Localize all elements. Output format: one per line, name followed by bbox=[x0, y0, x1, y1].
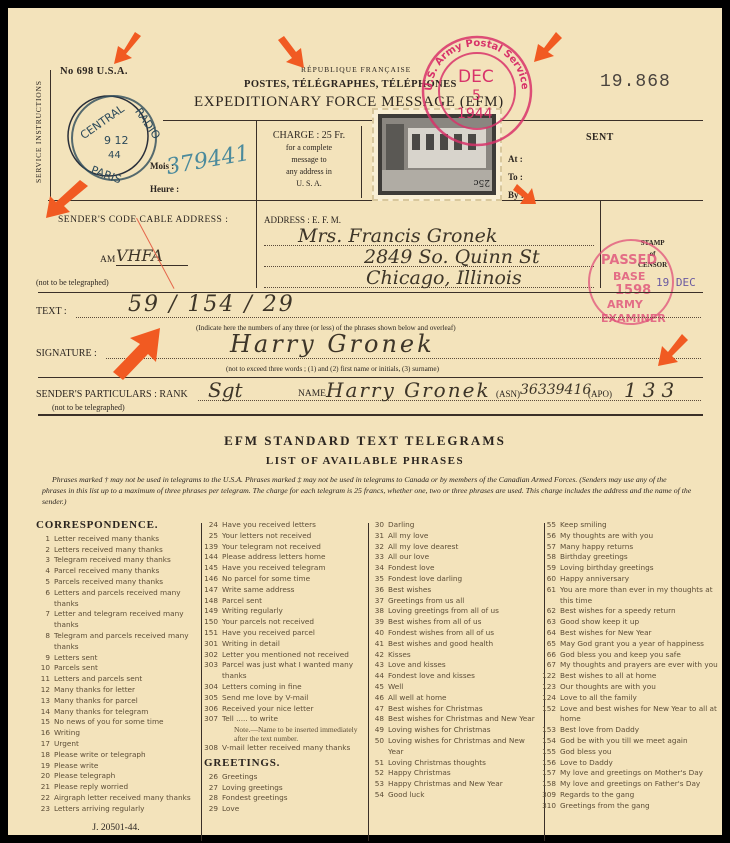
phrase-number: 67 bbox=[542, 660, 560, 671]
phrase-item: 38Loving greetings from all of us bbox=[370, 606, 540, 617]
phrase-item: 305Send me love by V-mail bbox=[204, 693, 364, 704]
phrase-item: 17Urgent bbox=[36, 739, 196, 750]
phrase-number: 11 bbox=[36, 674, 54, 685]
text-label: TEXT : bbox=[36, 306, 67, 317]
phrase-item: 303Parcel was just what I wanted many th… bbox=[204, 660, 364, 682]
phrase-item: 44Fondest love and kisses bbox=[370, 671, 540, 682]
phrase-item: 49Loving wishes for Christmas bbox=[370, 725, 540, 736]
note-307: Note.—Name to be inserted immediately af… bbox=[204, 725, 364, 743]
phrase-text: Loving wishes for Christmas bbox=[388, 725, 540, 736]
phrase-item: 3Telegram received many thanks bbox=[36, 555, 196, 566]
phrase-number: 13 bbox=[36, 696, 54, 707]
phrase-number: 26 bbox=[204, 772, 222, 783]
svg-text:25c: 25c bbox=[474, 177, 491, 187]
apo-value[interactable]: 133 bbox=[624, 378, 680, 402]
phrase-number: 139 bbox=[204, 542, 222, 553]
army-postal-service-postmark-icon: U.S. Army Postal Service DEC 5 1944 bbox=[420, 34, 535, 149]
phrase-item: 51Loving Christmas thoughts bbox=[370, 758, 540, 769]
phrase-text: Fondest greetings bbox=[222, 793, 364, 804]
text-phrase-numbers[interactable]: 59 / 154 / 29 bbox=[128, 292, 295, 317]
phrase-number: 3 bbox=[36, 555, 54, 566]
phrase-number: 158 bbox=[542, 779, 560, 790]
phrase-text: Letter received many thanks bbox=[54, 534, 196, 545]
arrow-icon bbox=[113, 328, 160, 380]
phrase-item: 12Many thanks for letter bbox=[36, 685, 196, 696]
phrase-item: 53Happy Christmas and New Year bbox=[370, 779, 540, 790]
correspondence-heading: CORRESPONDENCE. bbox=[36, 520, 196, 531]
svg-text:1598: 1598 bbox=[615, 283, 651, 298]
rank-value[interactable]: Sgt bbox=[208, 378, 243, 402]
phrase-number: 146 bbox=[204, 574, 222, 585]
phrase-number: 23 bbox=[36, 804, 54, 815]
phrase-item: 158My love and greetings on Father's Day bbox=[542, 779, 718, 790]
phrase-number: 35 bbox=[370, 574, 388, 585]
phrase-number: 49 bbox=[370, 725, 388, 736]
phrase-text: Letter you mentioned not received bbox=[222, 650, 364, 661]
phrase-number: 37 bbox=[370, 596, 388, 607]
text-line bbox=[76, 317, 701, 318]
phrase-number: 157 bbox=[542, 768, 560, 779]
phrase-number: 16 bbox=[36, 728, 54, 739]
phrase-number: 152 bbox=[542, 704, 560, 726]
charge-line: any address in bbox=[258, 166, 360, 178]
phrase-text: Best wishes for Christmas and New Year bbox=[388, 714, 540, 725]
divider bbox=[256, 120, 257, 200]
section-rule bbox=[38, 414, 703, 416]
phrase-item: 22Airgraph letter received many thanks bbox=[36, 793, 196, 804]
phrase-item: 45Well bbox=[370, 682, 540, 693]
charge-line: message to bbox=[258, 154, 360, 166]
svg-text:44: 44 bbox=[108, 150, 121, 161]
phrase-number: 7 bbox=[36, 609, 54, 631]
phrase-number: 25 bbox=[204, 531, 222, 542]
phrase-item: 16Writing bbox=[36, 728, 196, 739]
phrase-text: Best wishes to all at home bbox=[560, 671, 718, 682]
apo-label: (APO) bbox=[588, 389, 612, 399]
address-label: ADDRESS : E. F. M. bbox=[264, 215, 341, 225]
phrase-text: Many thanks for parcel bbox=[54, 696, 196, 707]
phrase-item: 20Please telegraph bbox=[36, 771, 196, 782]
phrase-text: All well at home bbox=[388, 693, 540, 704]
sent-label: SENT bbox=[586, 132, 614, 143]
arrow-icon bbox=[658, 334, 688, 366]
phrases-title: EFM STANDARD TEXT TELEGRAMS bbox=[8, 433, 722, 449]
phrase-text: Fondest wishes from all of us bbox=[388, 628, 540, 639]
phrase-item: 8Telegram and parcels received many than… bbox=[36, 631, 196, 653]
svg-text:PASSED: PASSED bbox=[601, 253, 657, 268]
phrase-text: Please reply worried bbox=[54, 782, 196, 793]
phrase-text: Many thanks for telegram bbox=[54, 707, 196, 718]
phrase-number: 20 bbox=[36, 771, 54, 782]
phrase-list: 26Greetings27Loving greetings28Fondest g… bbox=[204, 772, 364, 815]
phrase-number: 307 bbox=[204, 714, 222, 725]
svg-text:1944: 1944 bbox=[457, 106, 493, 122]
phrase-item: 154God be with you till we meet again bbox=[542, 736, 718, 747]
phrase-item: 7Letter and telegram received many thank… bbox=[36, 609, 196, 631]
phrases-intro: Phrases marked † may not be used in tele… bbox=[42, 474, 692, 507]
phrase-number: 124 bbox=[542, 693, 560, 704]
phrase-item: 123Our thoughts are with you bbox=[542, 682, 718, 693]
phrase-item: 307Tell ..... to write bbox=[204, 714, 364, 725]
phrase-item: 32All my love dearest bbox=[370, 542, 540, 553]
phrase-text: Your letters not received bbox=[222, 531, 364, 542]
phrase-item: 10Parcels sent bbox=[36, 663, 196, 674]
service-instructions-label: SERVICE INSTRUCTIONS bbox=[34, 80, 43, 183]
phrase-item: 150Your parcels not received bbox=[204, 617, 364, 628]
phrase-number: 52 bbox=[370, 768, 388, 779]
phrase-item: 153Best love from Daddy bbox=[542, 725, 718, 736]
phrase-text: Loving birthday greetings bbox=[560, 563, 718, 574]
phrase-text: Have you received letters bbox=[222, 520, 364, 531]
phrase-item: 145Have you received telegram bbox=[204, 563, 364, 574]
phrase-number: 40 bbox=[370, 628, 388, 639]
phrase-item: 11Letters and parcels sent bbox=[36, 674, 196, 685]
phrase-number: 19 bbox=[36, 761, 54, 772]
phrase-item: 64Best wishes for New Year bbox=[542, 628, 718, 639]
phrase-number: 123 bbox=[542, 682, 560, 693]
phrase-number: 33 bbox=[370, 552, 388, 563]
phrase-text: Fondest love and kisses bbox=[388, 671, 540, 682]
phrase-text: Darling bbox=[388, 520, 540, 531]
central-radio-postmark-icon: CENTRAL RADIO 9 12 44 PARIS bbox=[60, 88, 160, 188]
phrase-text: Best wishes for New Year bbox=[560, 628, 718, 639]
column-divider bbox=[368, 523, 369, 841]
phrase-number: 59 bbox=[542, 563, 560, 574]
phrase-number: 66 bbox=[542, 650, 560, 661]
phrase-number: 48 bbox=[370, 714, 388, 725]
phrase-item: 29Love bbox=[204, 804, 364, 815]
signature-line bbox=[106, 358, 701, 359]
phrase-text: Fondest love bbox=[388, 563, 540, 574]
phrase-number: 302 bbox=[204, 650, 222, 661]
phrase-number: 1 bbox=[36, 534, 54, 545]
phrase-number: 53 bbox=[370, 779, 388, 790]
phrase-text: Happy Christmas bbox=[388, 768, 540, 779]
not-telegraphed-note: (not to be telegraphed) bbox=[36, 278, 109, 287]
phrase-number: 308 bbox=[204, 743, 222, 754]
phrase-text: Airgraph letter received many thanks bbox=[54, 793, 196, 804]
phrase-number: 41 bbox=[370, 639, 388, 650]
phrase-number: 61 bbox=[542, 585, 560, 607]
phrase-item: 139Your telegram not received bbox=[204, 542, 364, 553]
sent-at-label: At : bbox=[508, 154, 523, 164]
phrase-number: 29 bbox=[204, 804, 222, 815]
phrase-number: 305 bbox=[204, 693, 222, 704]
sent-by-label: By : bbox=[508, 190, 524, 200]
phrase-item: 5Parcels received many thanks bbox=[36, 577, 196, 588]
phrase-text: Telegram received many thanks bbox=[54, 555, 196, 566]
sent-to-label: To : bbox=[508, 172, 523, 182]
phrase-item: 55Keep smiling bbox=[542, 520, 718, 531]
phrase-number: 6 bbox=[36, 588, 54, 610]
phrase-item: 65May God grant you a year of happiness bbox=[542, 639, 718, 650]
phrase-text: Happy Christmas and New Year bbox=[388, 779, 540, 790]
phrase-column-4: 55Keep smiling56My thoughts are with you… bbox=[542, 520, 718, 812]
phrase-text: Send me love by V-mail bbox=[222, 693, 364, 704]
phrase-text: My love and greetings on Father's Day bbox=[560, 779, 718, 790]
phrase-number: 22 bbox=[36, 793, 54, 804]
phrase-item: 124Love to all the family bbox=[542, 693, 718, 704]
phrase-text: Greetings bbox=[222, 772, 364, 783]
phrase-text: Many happy returns bbox=[560, 542, 718, 553]
phrase-text: Greetings from the gang bbox=[560, 801, 718, 812]
phrase-item: 157My love and greetings on Mother's Day bbox=[542, 768, 718, 779]
phrase-item: 40Fondest wishes from all of us bbox=[370, 628, 540, 639]
address-line-3[interactable]: Chicago, Illinois bbox=[366, 267, 522, 289]
phrase-text: Birthday greetings bbox=[560, 552, 718, 563]
phrase-item: 39Best wishes from all of us bbox=[370, 617, 540, 628]
phrase-item: 302Letter you mentioned not received bbox=[204, 650, 364, 661]
phrase-number: 309 bbox=[542, 790, 560, 801]
phrase-item: 54Good luck bbox=[370, 790, 540, 801]
phrase-item: 122Best wishes to all at home bbox=[542, 671, 718, 682]
phrase-item: 301Writing in detail bbox=[204, 639, 364, 650]
svg-text:RADIO: RADIO bbox=[132, 106, 160, 142]
phrase-text: Tell ..... to write bbox=[222, 714, 364, 725]
phrase-number: 21 bbox=[36, 782, 54, 793]
efm-telegram-form: No 698 U.S.A. RÉPUBLIQUE FRANÇAISE POSTE… bbox=[8, 8, 722, 835]
charge-line: for a complete bbox=[258, 142, 360, 154]
phrase-text: Best wishes for a speedy return bbox=[560, 606, 718, 617]
phrase-text: Letters arriving regularly bbox=[54, 804, 196, 815]
phrase-number: 310 bbox=[542, 801, 560, 812]
phrase-text: Kisses bbox=[388, 650, 540, 661]
phrase-item: 56My thoughts are with you bbox=[542, 531, 718, 542]
phrase-item: 18Please write or telegraph bbox=[36, 750, 196, 761]
svg-text:5: 5 bbox=[472, 88, 481, 104]
serial-number: 19.868 bbox=[600, 72, 671, 92]
phrase-number: 57 bbox=[542, 542, 560, 553]
heure-label: Heure : bbox=[150, 184, 179, 194]
censor-date: 19 DEC bbox=[656, 276, 696, 289]
charge-title: CHARGE : 25 Fr. bbox=[258, 130, 360, 142]
phrase-text: Letters and parcels sent bbox=[54, 674, 196, 685]
svg-text:BASE: BASE bbox=[613, 270, 645, 283]
phrase-item: 27Loving greetings bbox=[204, 783, 364, 794]
greetings-heading: GREETINGS. bbox=[204, 758, 364, 769]
phrase-number: 145 bbox=[204, 563, 222, 574]
phrase-item: 57Many happy returns bbox=[542, 542, 718, 553]
phrase-number: 45 bbox=[370, 682, 388, 693]
phrase-item: 28Fondest greetings bbox=[204, 793, 364, 804]
phrase-item: 156Love to Daddy bbox=[542, 758, 718, 769]
phrase-text: Letters received many thanks bbox=[54, 545, 196, 556]
phrase-text: Love to all the family bbox=[560, 693, 718, 704]
phrase-text: God be with you till we meet again bbox=[560, 736, 718, 747]
phrase-number: 4 bbox=[36, 566, 54, 577]
phrase-text: Good luck bbox=[388, 790, 540, 801]
phrase-text: Best wishes from all of us bbox=[388, 617, 540, 628]
phrase-text: Loving greetings from all of us bbox=[388, 606, 540, 617]
phrase-item: 31All my love bbox=[370, 531, 540, 542]
phrase-number: 56 bbox=[542, 531, 560, 542]
phrase-number: 2 bbox=[36, 545, 54, 556]
asn-value[interactable]: 36339416 bbox=[520, 382, 591, 398]
phrase-item: 25Your letters not received bbox=[204, 531, 364, 542]
phrase-number: 24 bbox=[204, 520, 222, 531]
phrase-text: Have you received parcel bbox=[222, 628, 364, 639]
phrase-number: 64 bbox=[542, 628, 560, 639]
phrase-item: 14Many thanks for telegram bbox=[36, 707, 196, 718]
phrase-text: Best love from Daddy bbox=[560, 725, 718, 736]
phrase-number: 60 bbox=[542, 574, 560, 585]
phrase-number: 27 bbox=[204, 783, 222, 794]
phrase-number: 15 bbox=[36, 717, 54, 728]
phrase-item: 306Received your nice letter bbox=[204, 704, 364, 715]
phrase-text: God bless you bbox=[560, 747, 718, 758]
signature-hint: (not to exceed three words ; (1) and (2)… bbox=[226, 365, 439, 373]
phrase-text: Happy anniversary bbox=[560, 574, 718, 585]
phrase-item: 6Letters and parcels received many thank… bbox=[36, 588, 196, 610]
name-value[interactable]: Harry Gronek bbox=[326, 378, 491, 402]
address-line-2[interactable]: 2849 So. Quinn St bbox=[364, 246, 540, 268]
phrase-item: 60Happy anniversary bbox=[542, 574, 718, 585]
asn-label: (ASN) bbox=[496, 389, 520, 399]
phrase-list: 308V-mail letter received many thanks bbox=[204, 743, 364, 754]
phrase-number: 47 bbox=[370, 704, 388, 715]
phrase-item: 41Best wishes and good health bbox=[370, 639, 540, 650]
sender-code-prefix: AM bbox=[100, 255, 115, 265]
phrase-text: May God grant you a year of happiness bbox=[560, 639, 718, 650]
arrow-icon bbox=[278, 36, 304, 68]
phrase-item: 4Parcel received many thanks bbox=[36, 566, 196, 577]
phrase-item: 63Good show keep it up bbox=[542, 617, 718, 628]
phrase-text: All our love bbox=[388, 552, 540, 563]
phrase-number: 156 bbox=[542, 758, 560, 769]
phrase-text: Fondest love darling bbox=[388, 574, 540, 585]
phrase-number: 62 bbox=[542, 606, 560, 617]
phrase-list: 55Keep smiling56My thoughts are with you… bbox=[542, 520, 718, 812]
phrase-text: Best wishes for Christmas bbox=[388, 704, 540, 715]
phrase-number: 30 bbox=[370, 520, 388, 531]
phrase-item: 155God bless you bbox=[542, 747, 718, 758]
phrase-item: 42Kisses bbox=[370, 650, 540, 661]
phrase-text: Love and kisses bbox=[388, 660, 540, 671]
arrow-icon bbox=[114, 32, 141, 64]
phrase-item: 146No parcel for some time bbox=[204, 574, 364, 585]
divider bbox=[256, 200, 257, 288]
phrase-item: 310Greetings from the gang bbox=[542, 801, 718, 812]
phrase-item: 67My thoughts and prayers are ever with … bbox=[542, 660, 718, 671]
phrase-text: No news of you for some time bbox=[54, 717, 196, 728]
phrase-text: Have you received telegram bbox=[222, 563, 364, 574]
phrase-number: 149 bbox=[204, 606, 222, 617]
phrase-text: Please write or telegraph bbox=[54, 750, 196, 761]
phrase-column-2: 24Have you received letters25Your letter… bbox=[204, 520, 364, 815]
phrase-text: Write same address bbox=[222, 585, 364, 596]
phrase-number: 8 bbox=[36, 631, 54, 653]
phrases-subtitle: LIST OF AVAILABLE PHRASES bbox=[8, 455, 722, 467]
phrase-number: 150 bbox=[204, 617, 222, 628]
phrase-number: 63 bbox=[542, 617, 560, 628]
phrase-text: Well bbox=[388, 682, 540, 693]
phrase-number: 5 bbox=[36, 577, 54, 588]
phrase-item: 62Best wishes for a speedy return bbox=[542, 606, 718, 617]
form-number: No 698 U.S.A. bbox=[60, 66, 128, 77]
republique-label: RÉPUBLIQUE FRANÇAISE bbox=[301, 65, 411, 74]
phrase-item: 15No news of you for some time bbox=[36, 717, 196, 728]
phrase-item: 152Love and best wishes for New Year to … bbox=[542, 704, 718, 726]
phrase-list: 24Have you received letters25Your letter… bbox=[204, 520, 364, 725]
phrase-text: My thoughts and prayers are ever with yo… bbox=[560, 660, 718, 671]
phrase-item: 148Parcel sent bbox=[204, 596, 364, 607]
phrase-text: Parcels sent bbox=[54, 663, 196, 674]
phrase-text: You are more than ever in my thoughts at… bbox=[560, 585, 718, 607]
phrase-text: Parcel was just what I wanted many thank… bbox=[222, 660, 364, 682]
phrase-text: V-mail letter received many thanks bbox=[222, 743, 364, 754]
phrase-number: 301 bbox=[204, 639, 222, 650]
phrase-item: 37Greetings from us all bbox=[370, 596, 540, 607]
phrase-item: 50Loving wishes for Christmas and New Ye… bbox=[370, 736, 540, 758]
phrase-item: 19Please write bbox=[36, 761, 196, 772]
phrase-text: Letters coming in fine bbox=[222, 682, 364, 693]
phrase-number: 50 bbox=[370, 736, 388, 758]
phrase-text: Regards to the gang bbox=[560, 790, 718, 801]
name-label: NAME bbox=[298, 389, 326, 399]
phrase-number: 306 bbox=[204, 704, 222, 715]
phrase-item: 34Fondest love bbox=[370, 563, 540, 574]
svg-text:EXAMINER: EXAMINER bbox=[601, 312, 666, 325]
phrase-number: 155 bbox=[542, 747, 560, 758]
arrow-icon bbox=[534, 32, 562, 62]
phrase-number: 304 bbox=[204, 682, 222, 693]
phrase-item: 151Have you received parcel bbox=[204, 628, 364, 639]
phrase-number: 17 bbox=[36, 739, 54, 750]
phrase-number: 122 bbox=[542, 671, 560, 682]
phrase-number: 148 bbox=[204, 596, 222, 607]
phrase-item: 309Regards to the gang bbox=[542, 790, 718, 801]
phrase-number: 32 bbox=[370, 542, 388, 553]
phrase-text: Greetings from us all bbox=[388, 596, 540, 607]
phrase-list: 1Letter received many thanks2Letters rec… bbox=[36, 534, 196, 815]
phrase-number: 58 bbox=[542, 552, 560, 563]
phrase-item: 43Love and kisses bbox=[370, 660, 540, 671]
footer-code: J. 20501-44. bbox=[36, 823, 196, 834]
phrase-item: 47Best wishes for Christmas bbox=[370, 704, 540, 715]
phrase-number: 303 bbox=[204, 660, 222, 682]
phrase-number: 12 bbox=[36, 685, 54, 696]
phrase-text: Love bbox=[222, 804, 364, 815]
phrase-text: Love and best wishes for New Year to all… bbox=[560, 704, 718, 726]
phrase-text: No parcel for some time bbox=[222, 574, 364, 585]
phrase-item: 36Best wishes bbox=[370, 585, 540, 596]
phrase-item: 58Birthday greetings bbox=[542, 552, 718, 563]
phrase-number: 154 bbox=[542, 736, 560, 747]
phrase-item: 1Letter received many thanks bbox=[36, 534, 196, 545]
phrase-number: 51 bbox=[370, 758, 388, 769]
svg-text:PARIS: PARIS bbox=[89, 163, 123, 186]
address-line-1[interactable]: Mrs. Francis Gronek bbox=[298, 225, 497, 247]
phrase-item: 59Loving birthday greetings bbox=[542, 563, 718, 574]
phrase-text: All my love dearest bbox=[388, 542, 540, 553]
phrase-text: Parcel received many thanks bbox=[54, 566, 196, 577]
divider bbox=[361, 126, 362, 198]
phrase-number: 14 bbox=[36, 707, 54, 718]
phrase-item: 52Happy Christmas bbox=[370, 768, 540, 779]
phrase-number: 54 bbox=[370, 790, 388, 801]
phrase-text: Your telegram not received bbox=[222, 542, 364, 553]
phrase-item: 61You are more than ever in my thoughts … bbox=[542, 585, 718, 607]
phrase-column-3: 30Darling31All my love32All my love dear… bbox=[370, 520, 540, 801]
phrase-column-1: CORRESPONDENCE. 1Letter received many th… bbox=[36, 518, 196, 833]
phrase-text: Letters and parcels received many thanks bbox=[54, 588, 196, 610]
phrase-list: 30Darling31All my love32All my love dear… bbox=[370, 520, 540, 801]
phrase-text: Parcel sent bbox=[222, 596, 364, 607]
phrase-item: 24Have you received letters bbox=[204, 520, 364, 531]
phrase-number: 34 bbox=[370, 563, 388, 574]
signature-value[interactable]: Harry Gronek bbox=[230, 330, 435, 358]
phrase-number: 147 bbox=[204, 585, 222, 596]
